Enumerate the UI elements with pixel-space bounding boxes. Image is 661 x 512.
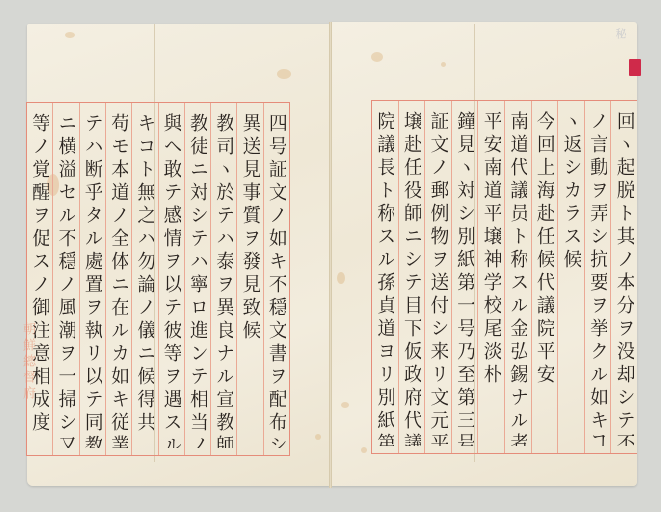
- column-text: ヽ返シカラス候: [562, 111, 581, 446]
- text-column: テハ断乎タル處置ヲ執リ以テ同教中: [79, 103, 105, 455]
- text-column: ヽ返シカラス候: [557, 101, 584, 453]
- text-column: 院議長ト称スル孫貞道ヨリ別紙第: [372, 101, 398, 453]
- column-text: ノ言動ヲ弄シ抗要ヲ挙クル如キヿ例: [588, 111, 607, 446]
- text-column: 回ヽ起脱ト其ノ本分ヲ没却シテ不穏: [610, 101, 637, 453]
- column-text: 鐘見ヽ対シ別紙第一号乃至第三号: [455, 111, 474, 446]
- column-text: 平安南道平壌神学校尾淡朴: [482, 111, 501, 446]
- text-column: 苟モ本道ノ全体ニ在ルカ如キ従業ニ対シ: [105, 103, 131, 455]
- stain: [371, 52, 383, 62]
- column-text: 教徒ニ対シテハ寧ロ進ンテ相当ノ保護ヲ: [188, 113, 207, 448]
- column-text: 回ヽ起脱ト其ノ本分ヲ没却シテ不穏: [615, 111, 634, 446]
- stain: [337, 272, 345, 284]
- text-column: キコト無之ハ勿論ノ儀ニ候得共: [131, 103, 157, 455]
- column-text: 壌赴任役師ニシテ目下仮政府代議: [402, 111, 421, 446]
- stain: [441, 62, 446, 67]
- column-text: 四号証文ノ如キ不穏文書ヲ配布シ同内ヽ: [267, 113, 286, 448]
- column-text: 今回上海赴任候代議院平安: [535, 111, 554, 446]
- text-column: 鐘見ヽ対シ別紙第一号乃至第三号: [451, 101, 478, 453]
- faint-bleed-note: 秘: [612, 28, 628, 41]
- text-column: ニ横溢セル不穏ノ風潮ヲ一掃シ又彼: [52, 103, 78, 455]
- text-column: 壌赴任役師ニシテ目下仮政府代議: [398, 101, 425, 453]
- book-spine: [329, 22, 332, 488]
- text-column: 與ヘ敢テ感情ヲ以テ彼等ヲ遇スルカ如: [158, 103, 184, 455]
- column-text: 等ノ覚醒ヲ促スノ御注意相成度: [30, 113, 49, 448]
- text-column: 異送見事質ヲ發見致候: [236, 103, 262, 455]
- red-tab-marker: [629, 59, 641, 76]
- right-page-ruled-frame: 回ヽ起脱ト其ノ本分ヲ没却シテ不穏 ノ言動ヲ弄シ抗要ヲ挙クル如キヿ例 ヽ返シカラス…: [371, 100, 637, 454]
- text-column: 今回上海赴任候代議院平安: [531, 101, 558, 453]
- column-text: テハ断乎タル處置ヲ執リ以テ同教中: [83, 113, 102, 448]
- column-text: キコト無之ハ勿論ノ儀ニ候得共: [135, 113, 154, 448]
- text-column: 南道代議员ト称スル金弘錫ナル者ヽ: [504, 101, 531, 453]
- column-text: ニ横溢セル不穏ノ風潮ヲ一掃シ又彼: [56, 113, 75, 448]
- column-text: 証文ノ郵例物ヲ送付シ来リ文元平: [429, 111, 448, 446]
- text-column: 四号証文ノ如キ不穏文書ヲ配布シ同内ヽ: [263, 103, 289, 455]
- column-text: 苟モ本道ノ全体ニ在ルカ如キ従業ニ対シ: [109, 113, 128, 448]
- column-text: 院議長ト称スル孫貞道ヨリ別紙第: [375, 111, 394, 446]
- text-column: 証文ノ郵例物ヲ送付シ来リ文元平: [424, 101, 451, 453]
- text-column: 等ノ覚醒ヲ促スノ御注意相成度: [27, 103, 52, 455]
- text-column: 教司ヽ於テハ泰ヲ異良ナル宣教師及: [210, 103, 236, 455]
- text-column: 平安南道平壌神学校尾淡朴: [477, 101, 504, 453]
- column-text: 教司ヽ於テハ泰ヲ異良ナル宣教師及: [214, 113, 233, 448]
- text-column: ノ言動ヲ弄シ抗要ヲ挙クル如キヿ例: [584, 101, 611, 453]
- stain: [315, 434, 321, 440]
- column-text: 異送見事質ヲ發見致候: [241, 113, 260, 448]
- stain: [277, 69, 291, 79]
- stain: [341, 402, 349, 408]
- stain: [65, 32, 75, 38]
- stain: [361, 447, 367, 453]
- column-text: 南道代議员ト称スル金弘錫ナル者ヽ: [508, 111, 527, 446]
- left-page-ruled-frame: 四号証文ノ如キ不穏文書ヲ配布シ同内ヽ 異送見事質ヲ發見致候 教司ヽ於テハ泰ヲ異良…: [26, 102, 290, 456]
- column-text: 與ヘ敢テ感情ヲ以テ彼等ヲ遇スルカ如: [162, 113, 181, 448]
- text-column: 教徒ニ対シテハ寧ロ進ンテ相当ノ保護ヲ: [184, 103, 210, 455]
